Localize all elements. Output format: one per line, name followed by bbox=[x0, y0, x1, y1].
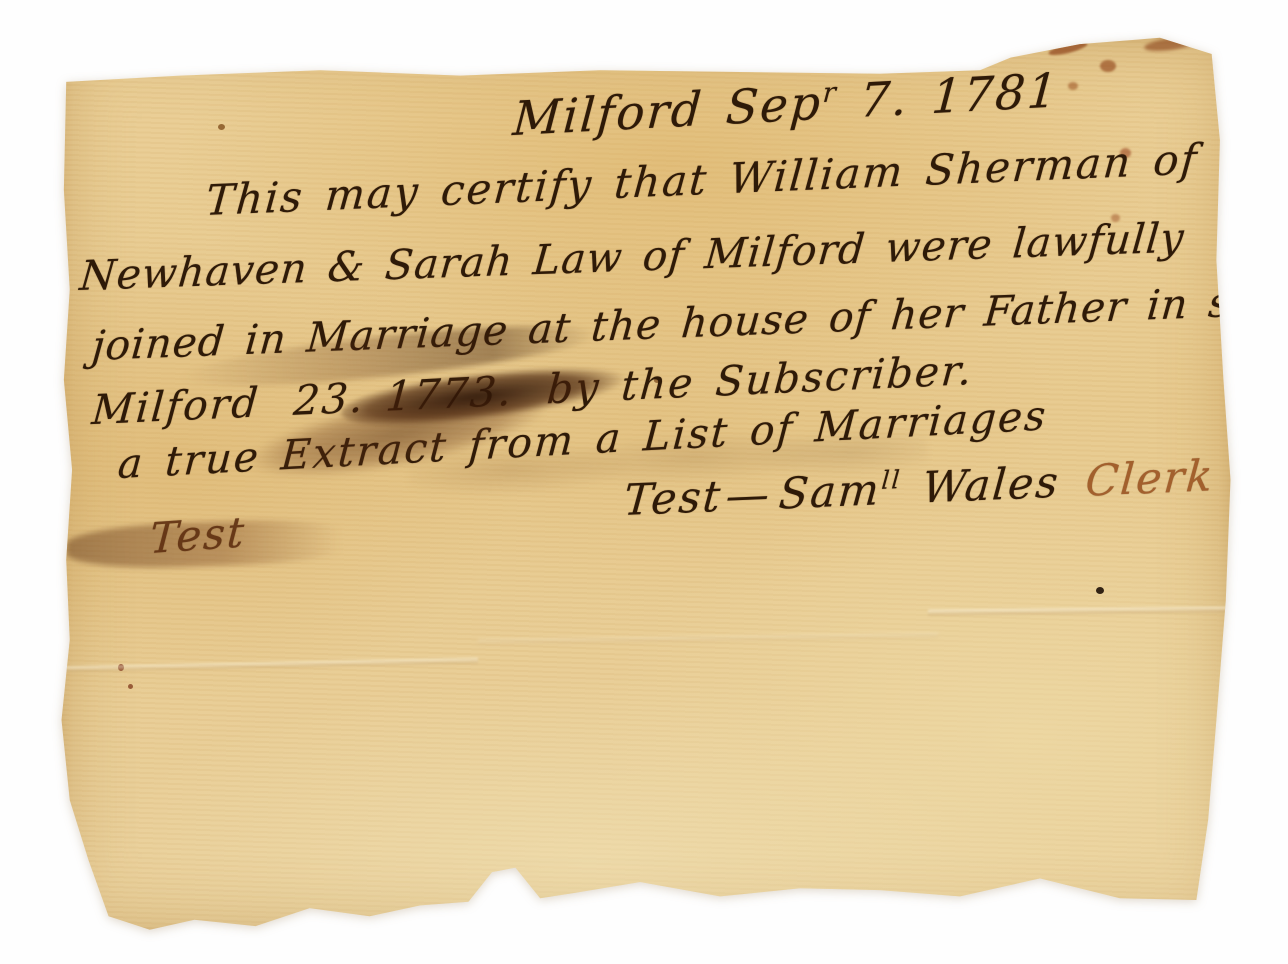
left-test-label: Test bbox=[148, 507, 247, 563]
signer-last: Wales bbox=[899, 458, 1062, 515]
body-line-3-superscript: d bbox=[1230, 279, 1249, 308]
rust-stain bbox=[1048, 39, 1089, 57]
rust-speck bbox=[128, 684, 133, 689]
word-gap bbox=[512, 403, 546, 405]
body-line-4-place: Milford bbox=[90, 378, 261, 434]
dateline-day-year: 7. 1781 bbox=[835, 63, 1061, 130]
foxing-speck bbox=[218, 124, 225, 130]
rust-speck bbox=[118, 664, 124, 671]
attestation-line: Test—Samll WalesClerk bbox=[622, 451, 1216, 526]
signer-first: Sam bbox=[777, 465, 883, 519]
fold-crease bbox=[928, 606, 1234, 615]
body-line-4-blotted-date: 23. 1773. bbox=[292, 367, 515, 425]
signer-title: Clerk bbox=[1058, 451, 1217, 508]
dateline-place-month: Milford Sep bbox=[511, 76, 824, 147]
rust-stain bbox=[1068, 82, 1078, 90]
body-line-1: This may certify that William Sherman of bbox=[204, 134, 1200, 225]
dash: — bbox=[720, 469, 781, 522]
signer-superscript: ll bbox=[880, 465, 902, 495]
dateline: Milford Sepr 7. 1781 bbox=[511, 63, 1061, 147]
rust-stain bbox=[1143, 34, 1198, 53]
rust-stain bbox=[1100, 60, 1116, 72]
test-label: Test bbox=[622, 472, 724, 526]
fold-crease bbox=[58, 658, 478, 673]
ink-speck bbox=[1096, 587, 1104, 594]
aged-paper-texture: Milford Sepr 7. 1781 This may certify th… bbox=[58, 36, 1234, 936]
blotted-gap bbox=[259, 415, 293, 417]
fold-crease bbox=[478, 633, 938, 644]
scan-background: Milford Sepr 7. 1781 This may certify th… bbox=[0, 0, 1288, 964]
paper-sheet: Milford Sepr 7. 1781 This may certify th… bbox=[58, 36, 1234, 936]
